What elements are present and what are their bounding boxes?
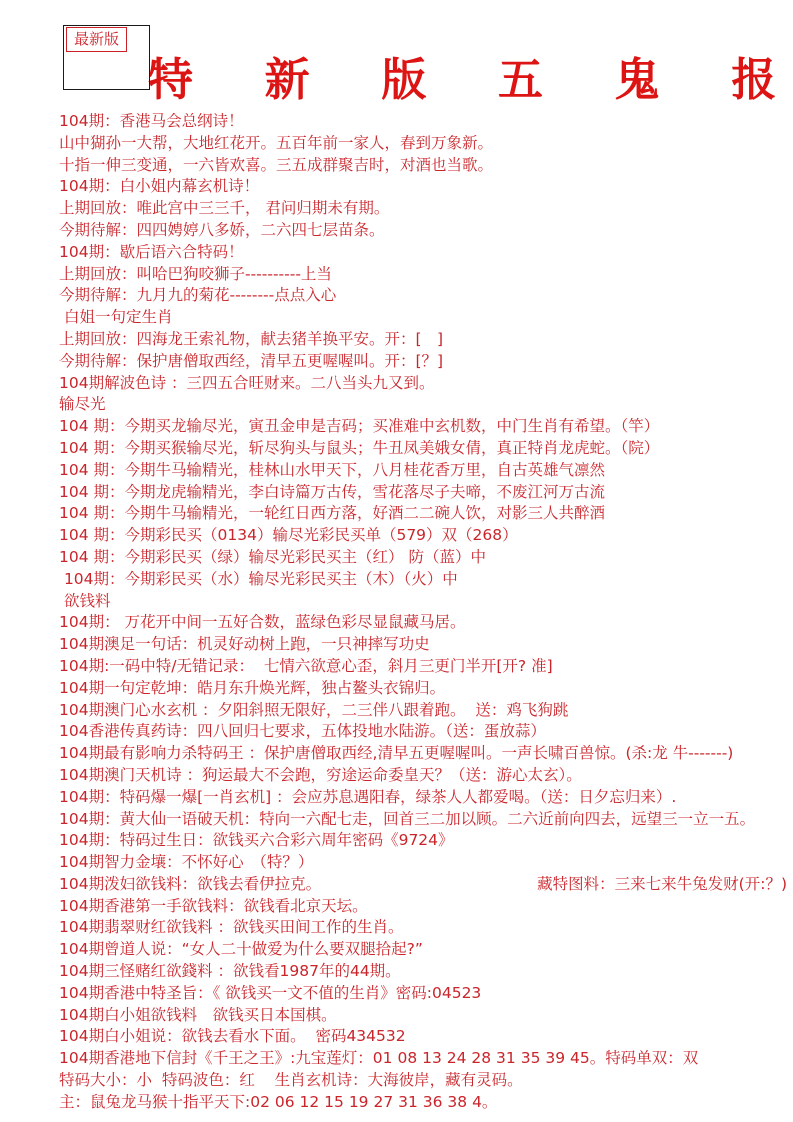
text-line: 104 期：今期牛马输精光，一轮红日西方落，好酒二二碗人饮，对影三人共醉酒 (59, 503, 787, 525)
text-line: 104期三怪赌红欲錢料 ：欲钱看1987年的44期。 (59, 961, 787, 983)
text-line: 主：鼠兔龙马猴十指平天下:02 06 12 15 19 27 31 36 38 … (59, 1092, 787, 1114)
text-line: 104期:一码中特/无错记录： 七情六欲意心歪，斜月三更门半开[开? 准] (59, 656, 787, 678)
text-line: 104期香港第一手欲钱料：欲钱看北京天坛。 (59, 896, 787, 918)
text-line: 104期： 万花开中间一五好合数，蓝绿色彩尽显鼠藏马居。 (59, 612, 787, 634)
content-lines: 104期：香港马会总纲诗！山中猢孙一大帮，大地红花开。五百年前一家人，春到万象新… (0, 111, 793, 1114)
text-line: 104香港传真药诗：四八回归七要求，五体投地水陆游。（送：蛋放蒜） (59, 721, 787, 743)
text-line: 上期回放：叫哈巴狗咬狮子----------上当 (59, 264, 787, 286)
text-line: 104期澳门天机诗 ：狗运最大不会跑，穷途运命委皇天？（送：游心太玄）。 (59, 765, 787, 787)
text-line-left: 104期泼妇欲钱料：欲钱去看伊拉克。 (59, 874, 321, 896)
text-line: 104 期：今期彩民买（绿）输尽光彩民买主（红） 防（蓝）中 (59, 547, 787, 569)
text-line: 今期待解：四四娉婷八多娇，二六四七层苗条。 (59, 220, 787, 242)
text-line: 欲钱料 (59, 591, 787, 613)
text-line-right: 藏特图料：三来七来牛兔发财(开:？) (537, 874, 787, 896)
text-line: 104期：歇后语六合特码！ (59, 242, 787, 264)
text-line: 输尽光 (59, 394, 787, 416)
text-line: 104期：白小姐内幕玄机诗！ (59, 176, 787, 198)
text-line: 104期：今期彩民买（水）输尽光彩民买主（木）（火）中 (59, 569, 787, 591)
version-badge: 最新版 (66, 27, 127, 52)
text-line: 104期解波色诗 ：三四五合旺财来。二八当头九又到。 (59, 373, 787, 395)
text-line: 104期：特码过生日：欲钱买六合彩六周年密码《9724》 (59, 830, 787, 852)
text-line: 104 期：今期买猴输尽光，斩尽狗头与鼠头；牛丑凤美娥女倩，真正特肖龙虎蛇。（院… (59, 438, 787, 460)
text-line: 十指一伸三变通，一六皆欢喜。三五成群聚吉时，对酒也当歌。 (59, 155, 787, 177)
text-line: 104期澳门心水玄机 ：夕阳斜照无限好，二三伴八跟着跑。 送：鸡飞狗跳 (59, 700, 787, 722)
page-title: 特 新 版 五 鬼 报 (148, 57, 793, 102)
page: { "page": { "badge": "最新版", "title": "特 … (0, 0, 793, 1122)
text-line: 白姐一句定生肖 (59, 307, 787, 329)
text-line: 104期香港中特圣旨：《 欲钱买一文不值的生肖》密码:04523 (59, 983, 787, 1005)
text-line: 104期一句定乾坤：皓月东升焕光辉，独占鳌头衣锦归。 (59, 678, 787, 700)
text-line: 104期最有影响力杀特码王 ：保护唐僧取西经,清早五更喔喔叫。一声长啸百兽惊。(… (59, 743, 787, 765)
text-line: 104期白小姐说：欲钱去看水下面。 密码434532 (59, 1026, 787, 1048)
text-line: 104 期：今期买龙输尽光，寅丑金申是吉码；买准难中玄机数，中门生肖有希望。（竿… (59, 416, 787, 438)
text-line: 104期澳足一句话：机灵好动树上跑，一只神摔写功史 (59, 634, 787, 656)
text-line: 今期待解：九月九的菊花--------点点入心 (59, 285, 787, 307)
text-line: 104期：香港马会总纲诗！ (59, 111, 787, 133)
text-line: 104 期：今期彩民买（0134）输尽光彩民买单（579）双（268） (59, 525, 787, 547)
text-line: 今期待解：保护唐僧取西经，清早五更喔喔叫。开：[？] (59, 351, 787, 373)
text-line: 上期回放：唯此宫中三三千， 君问归期未有期。 (59, 198, 787, 220)
text-line: 104期：特码爆一爆[一肖玄机] ：会应苏息遇阳春，绿茶人人都爱喝。（送：日夕忘… (59, 787, 787, 809)
text-line: 104期香港地下信封《千王之王》:九宝莲灯：01 08 13 24 28 31 … (59, 1048, 787, 1070)
text-line: 104 期：今期牛马输精光，桂林山水甲天下，八月桂花香万里，自古英雄气凛然 (59, 460, 787, 482)
text-line: 104期翡翠财红欲钱料 ：欲钱买田间工作的生肖。 (59, 917, 787, 939)
text-line: 山中猢孙一大帮，大地红花开。五百年前一家人，春到万象新。 (59, 133, 787, 155)
text-line: 104期曾道人说：“女人二十做爱为什么要双腿拾起?” (59, 939, 787, 961)
text-line: 特码大小：小 特码波色：红 生肖玄机诗：大海彼岸，藏有灵码。 (59, 1070, 787, 1092)
text-line: 104 期：今期龙虎输精光，李白诗篇万古传，雪花落尽子夫啼，不废江河万古流 (59, 482, 787, 504)
text-line: 104期白小姐欲钱料 欲钱买日本国棋。 (59, 1005, 787, 1027)
text-line: 104期泼妇欲钱料：欲钱去看伊拉克。藏特图料：三来七来牛兔发财(开:？) (59, 874, 787, 896)
text-line: 104期智力金壤：不怀好心 （特？） (59, 852, 787, 874)
text-line: 104期：黄大仙一语破天机：特向一六配七走，回首三二加以顾。二六近前向四去，远望… (59, 809, 787, 831)
text-line: 上期回放：四海龙王索礼物，献去猪羊换平安。开：[ ] (59, 329, 787, 351)
